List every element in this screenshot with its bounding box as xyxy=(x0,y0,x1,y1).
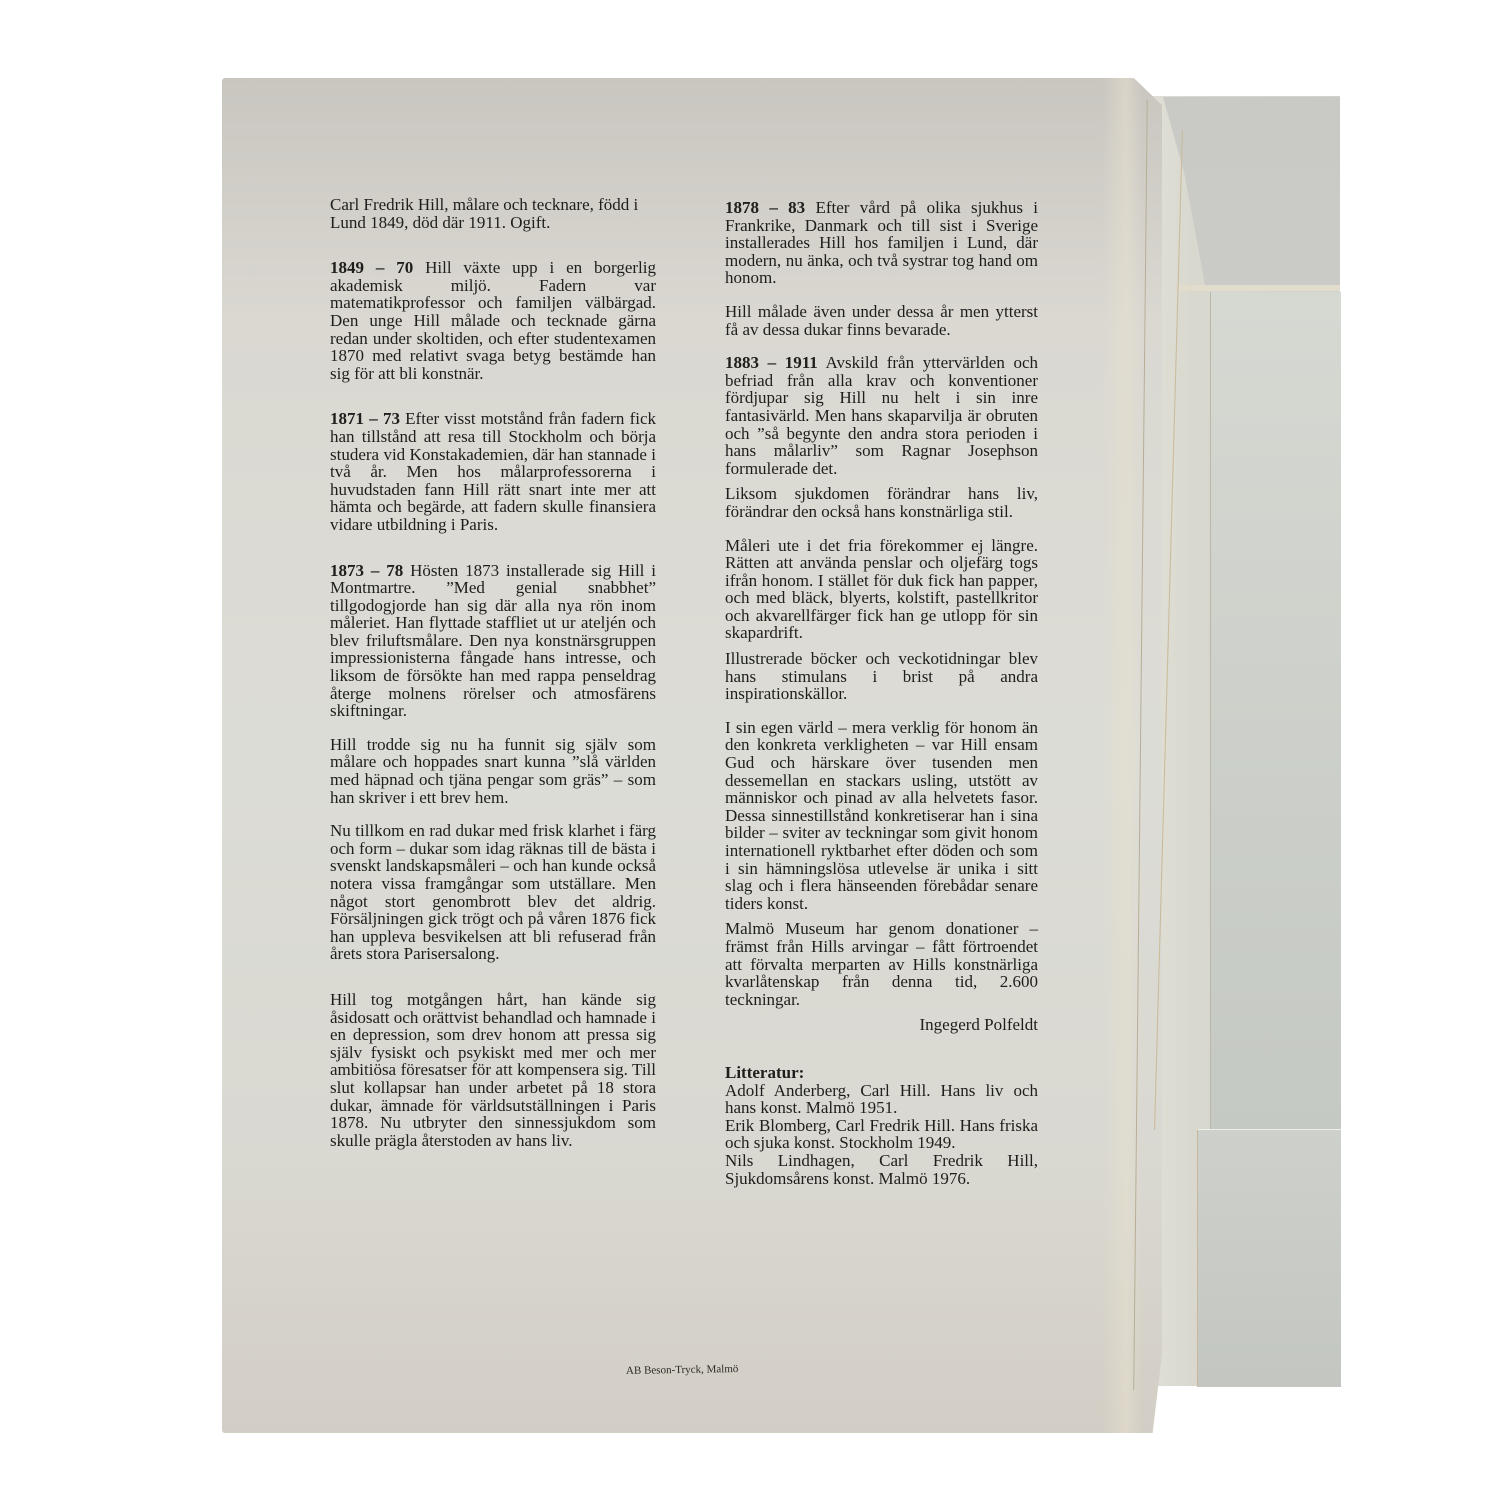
section-text: Avskild från yttervärlden och befriad fr… xyxy=(725,353,1038,478)
section-1873-78: 1873 – 78 Hösten 1873 installerade sig H… xyxy=(330,562,656,720)
printer-credit: AB Beson-Tryck, Malmö xyxy=(626,1363,739,1377)
section-year: 1878 – 83 xyxy=(725,198,805,217)
section-text: Hill växte upp i en borgerlig akademisk … xyxy=(330,258,656,383)
paragraph: Hill tog motgången hårt, han kände sig å… xyxy=(330,991,656,1149)
paragraph: I sin egen värld – mera verklig för hono… xyxy=(725,719,1038,913)
section-year: 1883 – 1911 xyxy=(725,353,818,372)
folder-inner-panel xyxy=(1210,292,1341,1130)
literature-heading: Litteratur: xyxy=(725,1064,1038,1082)
paragraph: Nu tillkom en rad dukar med frisk klarhe… xyxy=(330,822,656,963)
section-text: Efter visst motstånd från fadern fick ha… xyxy=(330,409,656,534)
paragraph: Liksom sjukdomen förändrar hans liv, för… xyxy=(725,485,1038,520)
author-signature: Ingegerd Polfeldt xyxy=(725,1016,1038,1034)
paragraph: Hill trodde sig nu ha funnit sig själv s… xyxy=(330,736,656,806)
section-year: 1849 – 70 xyxy=(330,258,413,277)
paragraph: Illustrerade böcker och veckotidningar b… xyxy=(725,650,1038,703)
literature-item: Adolf Anderberg, Carl Hill. Hans liv och… xyxy=(725,1082,1038,1117)
paragraph: Malmö Museum har genom donationer – främ… xyxy=(725,920,1038,1008)
section-1883-1911: 1883 – 1911 Avskild från yttervärlden oc… xyxy=(725,354,1038,477)
literature-item: Nils Lindhagen, Carl Fredrik Hill, Sjukd… xyxy=(725,1152,1038,1187)
section-year: 1873 – 78 xyxy=(330,561,403,580)
folder-pocket-top-edge xyxy=(1178,285,1340,291)
paragraph: Måleri ute i det fria förekommer ej läng… xyxy=(725,537,1038,643)
left-column: Carl Fredrik Hill, målare och tecknare, … xyxy=(330,196,656,1149)
photo-scene: Carl Fredrik Hill, målare och tecknare, … xyxy=(0,0,1512,1512)
right-column: 1878 – 83 Efter vård på olika sjukhus i … xyxy=(725,199,1038,1187)
paragraph: Hill målade även under dessa år men ytte… xyxy=(725,303,1038,338)
folder-pocket-bottom xyxy=(1197,1129,1341,1387)
section-1878-83: 1878 – 83 Efter vård på olika sjukhus i … xyxy=(725,199,1038,287)
intro-paragraph: Carl Fredrik Hill, målare och tecknare, … xyxy=(330,196,656,231)
section-year: 1871 – 73 xyxy=(330,409,400,428)
section-text: Hösten 1873 installerade sig Hill i Mont… xyxy=(330,561,656,721)
section-1849-70: 1849 – 70 Hill växte upp i en borgerlig … xyxy=(330,259,656,382)
literature-item: Erik Blomberg, Carl Fredrik Hill. Hans f… xyxy=(725,1117,1038,1152)
section-1871-73: 1871 – 73 Efter visst motstånd från fade… xyxy=(330,410,656,533)
